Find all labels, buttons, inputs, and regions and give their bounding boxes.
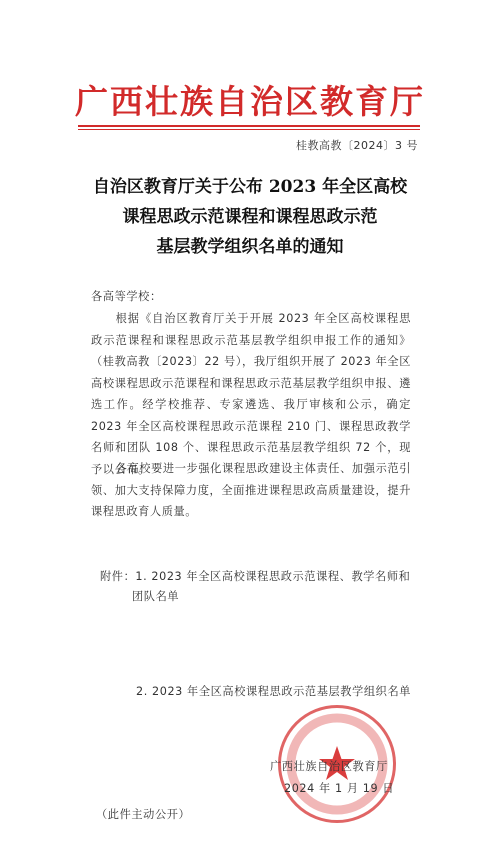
attachment-1-line-1: 1. 2023 年全区高校课程思政示范课程、教学名师和 bbox=[135, 570, 410, 583]
title-line-2: 课程思政示范课程和课程思政示范 bbox=[0, 202, 500, 232]
attachment-label: 附件： bbox=[100, 570, 135, 583]
issuing-agency-header: 广西壮族自治区教育厅 bbox=[0, 82, 500, 122]
title-line-1: 自治区教育厅关于公布 2023 年全区高校 bbox=[0, 172, 500, 202]
red-divider bbox=[78, 125, 420, 127]
attachment-2: 2. 2023 年全区高校课程思政示范基层教学组织名单 bbox=[136, 683, 411, 699]
attachment-1-line-2: 团队名单 bbox=[132, 588, 179, 604]
signature-agency: 广西壮族自治区教育厅 bbox=[270, 758, 388, 774]
document-number: 桂教高教〔2024〕3 号 bbox=[296, 137, 418, 153]
paragraph-2: 各高校要进一步强化课程思政建设主体责任、加强示范引领、加大支持保障力度，全面推进… bbox=[91, 458, 411, 523]
attachment-1: 附件：1. 2023 年全区高校课程思政示范课程、教学名师和 bbox=[100, 566, 410, 588]
paragraph-1: 根据《自治区教育厅关于开展 2023 年全区高校课程思政示范课程和课程思政示范基… bbox=[91, 308, 411, 480]
document-page: 广西壮族自治区教育厅 桂教高教〔2024〕3 号 自治区教育厅关于公布 2023… bbox=[0, 0, 500, 856]
salutation: 各高等学校： bbox=[91, 286, 411, 308]
signature-date: 2024 年 1 月 19 日 bbox=[284, 780, 394, 796]
red-divider-thin bbox=[78, 129, 420, 130]
document-title: 自治区教育厅关于公布 2023 年全区高校 课程思政示范课程和课程思政示范 基层… bbox=[0, 172, 500, 262]
disclosure-note: （此件主动公开） bbox=[96, 806, 190, 822]
title-line-3: 基层教学组织名单的通知 bbox=[0, 232, 500, 262]
